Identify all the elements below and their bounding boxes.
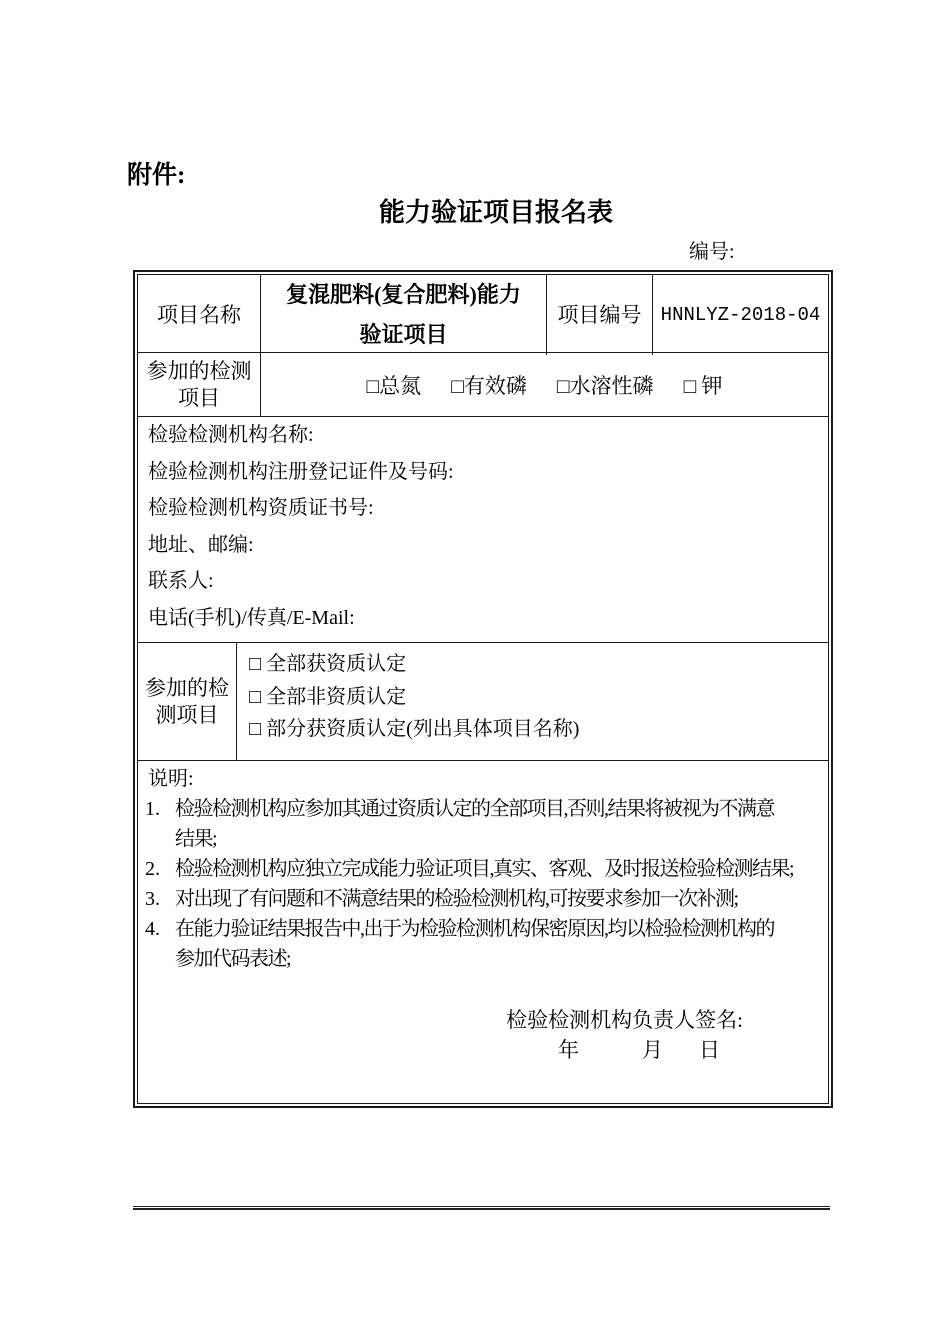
note-item-1-text: 检验检测机构应参加其通过资质认定的全部项目,否则,结果将被视为不满意 结果; bbox=[175, 794, 826, 854]
project-name-label: 项目名称 bbox=[138, 275, 261, 355]
test-items-label-line2: 项目 bbox=[178, 385, 220, 412]
project-name-line1: 复混肥料(复合肥料)能力 bbox=[286, 275, 521, 315]
field-qualification-certificate-no: 检验检测机构资质证书号: bbox=[148, 490, 820, 527]
note-item-1: 1. 检验检测机构应参加其通过资质认定的全部项目,否则,结果将被视为不满意 结果… bbox=[143, 794, 826, 854]
qualification-label-line1: 参加的检 bbox=[145, 675, 229, 702]
note-item-4-line1: 在能力验证结果报告中,出于为检验检测机构保密原因,均以检验检测机构的 bbox=[175, 914, 826, 944]
form-number-label: 编号: bbox=[689, 238, 735, 266]
signature-label: 检验检测机构负责人签名: bbox=[143, 1005, 826, 1035]
field-registration-certificate: 检验检测机构注册登记证件及号码: bbox=[148, 454, 820, 491]
table-row-institution: 检验检测机构名称: 检验检测机构注册登记证件及号码: 检验检测机构资质证书号: … bbox=[138, 417, 828, 643]
checkbox-option-all-accredited: □ 全部获资质认定 bbox=[249, 648, 828, 681]
date-month-label: 月 bbox=[642, 1038, 663, 1062]
date-day-label: 日 bbox=[699, 1038, 720, 1062]
project-name-line2: 验证项目 bbox=[359, 315, 447, 355]
note-item-3-text: 对出现了有问题和不满意结果的检验检测机构,可按要求参加一次补测; bbox=[175, 884, 826, 914]
qualification-options: □ 全部获资质认定 □ 全部非资质认定 □ 部分获资质认定(列出具体项目名称) bbox=[237, 643, 828, 760]
note-item-1-line2: 结果; bbox=[175, 824, 826, 854]
notes-heading: 说明: bbox=[143, 764, 826, 794]
checkbox-option-total-nitrogen: □总氮 bbox=[367, 370, 422, 400]
table-row-project: 项目名称 复混肥料(复合肥料)能力 验证项目 项目编号 HNNLYZ-2018-… bbox=[138, 275, 828, 353]
form-document-page: 附件: 能力验证项目报名表 编号: 项目名称 复混肥料(复合肥料)能力 验证项目… bbox=[0, 0, 950, 1343]
project-code-label: 项目编号 bbox=[547, 275, 653, 355]
table-row-notes: 说明: 1. 检验检测机构应参加其通过资质认定的全部项目,否则,结果将被视为不满… bbox=[138, 761, 828, 1103]
date-year-label: 年 bbox=[558, 1038, 579, 1062]
note-item-3-number: 3. bbox=[143, 884, 175, 914]
field-contact-person: 联系人: bbox=[148, 563, 820, 600]
footer-divider bbox=[133, 1206, 830, 1210]
note-item-3-line1: 对出现了有问题和不满意结果的检验检测机构,可按要求参加一次补测; bbox=[175, 884, 826, 914]
date-line: 年月日 bbox=[143, 1035, 826, 1065]
field-institution-name: 检验检测机构名称: bbox=[148, 417, 820, 454]
note-item-4-line2: 参加代码表述; bbox=[175, 944, 826, 974]
field-phone-fax-email: 电话(手机)/传真/E-Mail: bbox=[148, 600, 820, 637]
registration-table: 项目名称 复混肥料(复合肥料)能力 验证项目 项目编号 HNNLYZ-2018-… bbox=[133, 270, 833, 1108]
attachment-label: 附件: bbox=[127, 160, 185, 192]
note-item-2-text: 检验检测机构应独立完成能力验证项目,真实、客观、及时报送检验检测结果; bbox=[175, 854, 826, 884]
project-name-value: 复混肥料(复合肥料)能力 验证项目 bbox=[261, 275, 547, 355]
note-item-2-line1: 检验检测机构应独立完成能力验证项目,真实、客观、及时报送检验检测结果; bbox=[175, 854, 826, 884]
checkbox-option-all-non-accredited: □ 全部非资质认定 bbox=[249, 681, 828, 714]
note-item-2: 2. 检验检测机构应独立完成能力验证项目,真实、客观、及时报送检验检测结果; bbox=[143, 854, 826, 884]
test-items-label: 参加的检测 项目 bbox=[138, 353, 261, 416]
project-code-value: HNNLYZ-2018-04 bbox=[653, 275, 828, 355]
table-row-qualification: 参加的检 测项目 □ 全部获资质认定 □ 全部非资质认定 □ 部分获资质认定(列… bbox=[138, 643, 828, 761]
checkbox-option-water-soluble-phosphorus: □水溶性磷 bbox=[557, 370, 654, 400]
checkbox-option-partially-accredited: □ 部分获资质认定(列出具体项目名称) bbox=[249, 713, 828, 746]
note-item-3: 3. 对出现了有问题和不满意结果的检验检测机构,可按要求参加一次补测; bbox=[143, 884, 826, 914]
field-address-postcode: 地址、邮编: bbox=[148, 527, 820, 564]
note-item-1-line1: 检验检测机构应参加其通过资质认定的全部项目,否则,结果将被视为不满意 bbox=[175, 794, 826, 824]
note-item-2-number: 2. bbox=[143, 854, 175, 884]
checkbox-option-potassium: □ 钾 bbox=[684, 370, 723, 400]
page-title: 能力验证项目报名表 bbox=[133, 195, 833, 231]
qualification-label-line2: 测项目 bbox=[156, 702, 219, 729]
note-item-4-number: 4. bbox=[143, 914, 175, 974]
note-item-4: 4. 在能力验证结果报告中,出于为检验检测机构保密原因,均以检验检测机构的 参加… bbox=[143, 914, 826, 974]
checkbox-option-available-phosphorus: □有效磷 bbox=[451, 370, 527, 400]
note-item-1-number: 1. bbox=[143, 794, 175, 854]
table-row-test-items: 参加的检测 项目 □总氮 □有效磷 □水溶性磷 □ 钾 bbox=[138, 353, 828, 417]
qualification-label: 参加的检 测项目 bbox=[138, 643, 237, 760]
test-items-label-line1: 参加的检测 bbox=[147, 358, 252, 385]
test-items-options: □总氮 □有效磷 □水溶性磷 □ 钾 bbox=[261, 353, 828, 416]
registration-table-inner: 项目名称 复混肥料(复合肥料)能力 验证项目 项目编号 HNNLYZ-2018-… bbox=[137, 274, 829, 1104]
note-item-4-text: 在能力验证结果报告中,出于为检验检测机构保密原因,均以检验检测机构的 参加代码表… bbox=[175, 914, 826, 974]
